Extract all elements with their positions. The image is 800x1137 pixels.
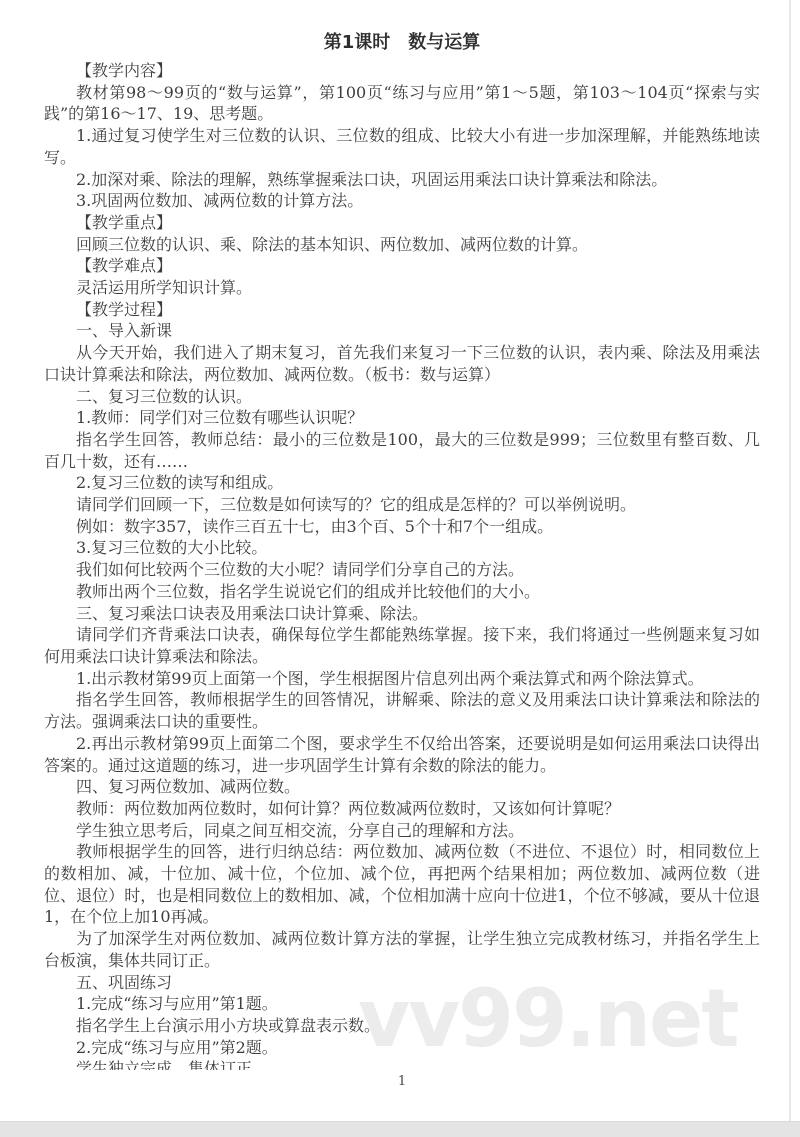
paragraph: 四、复习两位数加、减两位数。 bbox=[44, 776, 760, 798]
paragraph: 为了加深学生对两位数加、减两位数计算方法的掌握，让学生独立完成教材练习，并指名学… bbox=[44, 928, 760, 971]
page-number: 1 bbox=[44, 1074, 760, 1089]
paragraph: 从今天开始，我们进入了期末复习，首先我们来复习一下三位数的认识，表内乘、除法及用… bbox=[44, 342, 760, 385]
paragraph: 1.通过复习使学生对三位数的认识、三位数的组成、比较大小有进一步加深理解，并能熟… bbox=[44, 125, 760, 168]
paragraph: 2.完成“练习与应用”第2题。 bbox=[44, 1037, 760, 1059]
bottom-bar bbox=[0, 1121, 800, 1137]
paragraph: 三、复习乘法口诀表及用乘法口诀计算乘、除法。 bbox=[44, 603, 760, 625]
paragraph: 1.出示教材第99页上面第一个图，学生根据图片信息列出两个乘法算式和两个除法算式… bbox=[44, 668, 760, 690]
paragraph: 一、导入新课 bbox=[44, 320, 760, 342]
paragraph: 教师出两个三位数，指名学生说说它们的组成并比较他们的大小。 bbox=[44, 581, 760, 603]
paragraph: 五、巩固练习 bbox=[44, 972, 760, 994]
paragraph: 1.完成“练习与应用”第1题。 bbox=[44, 993, 760, 1015]
document-content: 第1课时 数与运算 【教学内容】教材第98～99页的“数与运算”，第100页“练… bbox=[0, 0, 800, 1070]
paragraph: 指名学生回答，教师总结：最小的三位数是100，最大的三位数是999；三位数里有整… bbox=[44, 429, 760, 472]
paragraph: 学生独立思考后，同桌之间互相交流，分享自己的理解和方法。 bbox=[44, 820, 760, 842]
paragraph: 请同学们回顾一下，三位数是如何读写的？它的组成是怎样的？可以举例说明。 bbox=[44, 494, 760, 516]
paragraph: 教师：两位数加两位数时，如何计算？两位数减两位数时，又该如何计算呢？ bbox=[44, 798, 760, 820]
paragraph: 【教学重点】 bbox=[44, 212, 760, 234]
paragraph: 3.复习三位数的大小比较。 bbox=[44, 537, 760, 559]
paragraph: 【教学难点】 bbox=[44, 255, 760, 277]
paragraph: 2.加深对乘、除法的理解，熟练掌握乘法口诀，巩固运用乘法口诀计算乘法和除法。 bbox=[44, 169, 760, 191]
paragraph: 例如：数字357，读作三百五十七，由3个百、5个十和7个一组成。 bbox=[44, 516, 760, 538]
paragraph: 指名学生回答，教师根据学生的回答情况，讲解乘、除法的意义及用乘法口诀计算乘法和除… bbox=[44, 689, 760, 732]
paragraph: 1.教师：同学们对三位数有哪些认识呢？ bbox=[44, 407, 760, 429]
paragraph: 回顾三位数的认识、乘、除法的基本知识、两位数加、减两位数的计算。 bbox=[44, 234, 760, 256]
document-title: 第1课时 数与运算 bbox=[44, 30, 760, 56]
paragraph: 二、复习三位数的认识。 bbox=[44, 386, 760, 408]
page-edge-line bbox=[789, 0, 791, 1122]
paragraph: 【教学过程】 bbox=[44, 299, 760, 321]
paragraph: 【教学内容】 bbox=[44, 60, 760, 82]
paragraph: 2.再出示教材第99页上面第二个图，要求学生不仅给出答案，还要说明是如何运用乘法… bbox=[44, 733, 760, 776]
paragraph: 学生独立完成，集体订正。 bbox=[44, 1058, 760, 1070]
document-body: 【教学内容】教材第98～99页的“数与运算”，第100页“练习与应用”第1～5题… bbox=[44, 60, 760, 1070]
paragraph: 3.巩固两位数加、减两位数的计算方法。 bbox=[44, 190, 760, 212]
paragraph: 我们如何比较两个三位数的大小呢？请同学们分享自己的方法。 bbox=[44, 559, 760, 581]
document-page: vv99.net 第1课时 数与运算 【教学内容】教材第98～99页的“数与运算… bbox=[0, 0, 800, 1137]
paragraph: 灵活运用所学知识计算。 bbox=[44, 277, 760, 299]
paragraph: 指名学生上台演示用小方块或算盘表示数。 bbox=[44, 1015, 760, 1037]
paragraph: 教师根据学生的回答，进行归纳总结：两位数加、减两位数（不进位、不退位）时，相同数… bbox=[44, 841, 760, 928]
paragraph: 请同学们齐背乘法口诀表，确保每位学生都能熟练掌握。接下来，我们将通过一些例题来复… bbox=[44, 624, 760, 667]
paragraph: 教材第98～99页的“数与运算”，第100页“练习与应用”第1～5题，第103～… bbox=[44, 82, 760, 125]
paragraph: 2.复习三位数的读写和组成。 bbox=[44, 472, 760, 494]
